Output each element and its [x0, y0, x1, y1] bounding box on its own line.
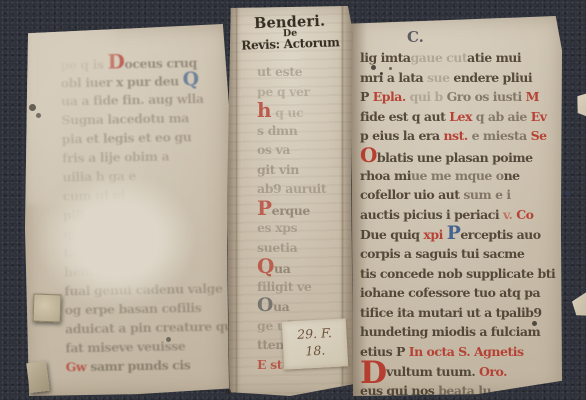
photo-of-manuscript: pe q is Doceus cruqobl iuer x pur deu Qu… [0, 0, 586, 400]
script-line: Perque [257, 199, 326, 219]
script-line: Dvultum tuum. Oro. [360, 362, 560, 382]
shelfmark-line2: 18. [283, 341, 348, 359]
script-line: p eius la era nst. e miesta Se [360, 126, 560, 146]
script-line: ut este [257, 62, 326, 82]
left-cover-page: pe q is Doceus cruqobl iuer x pur deu Qu… [25, 24, 229, 396]
script-line: os va [257, 140, 326, 160]
script-line: auctis picius i periaci v. Co [360, 205, 560, 225]
script-line: Oua [257, 296, 326, 316]
fold-crease [235, 6, 238, 396]
script-line: hundeting miodis a fulciam [360, 322, 560, 342]
script-line: s dmn [257, 121, 326, 141]
script-line: es xps [257, 218, 326, 238]
parchment-binding: pe q is Doceus cruqobl iuer x pur deu Qu… [25, 6, 562, 398]
script-line: Due quiq xpi Perceptis auo [360, 224, 560, 244]
spine-title: Benderi. De Revis: Actorum [226, 12, 353, 53]
left-edge-clasp-tab [26, 361, 50, 393]
spine-title-line3: Revis: Actorum [227, 35, 353, 53]
right-cover-page: C. lig imtagaue cutatie muimri a lata su… [351, 16, 562, 396]
ink-stain-specks [25, 6, 28, 9]
script-line: lig imtagaue cutatie mui [360, 48, 560, 68]
left-edge-clasp-tab [33, 294, 62, 323]
script-line: etius P In octa S. Agnetis [360, 342, 560, 362]
shelfmark-line1: 29. F. [282, 324, 347, 342]
script-line: P Epla. qui b Gro os iusti M [360, 87, 560, 107]
script-line: rhoa miue me mque one [360, 166, 560, 186]
script-line: tis concede nob supplicate bti [360, 264, 560, 284]
script-line: Qua [257, 257, 326, 277]
script-line: tifice ita mutari ut a tpalib9 [360, 303, 560, 323]
script-line: git vin [257, 160, 326, 180]
script-line: mri a lata sue endere pliui [360, 68, 560, 88]
blank-margin-area [25, 24, 115, 204]
script-line: eus qui nos beata lu [360, 381, 560, 400]
script-line: fide est q aut Lex q ab aie Ev [360, 107, 560, 127]
right-edge-torn-tab [571, 289, 586, 320]
script-line: cofellor uio aut sum e i [360, 185, 560, 205]
right-edge-torn-tab [574, 87, 586, 122]
spine-panel: Benderi. De Revis: Actorum ut estepe q v… [227, 6, 353, 396]
script-line: Gw samr punds cis [65, 355, 229, 377]
script-line: iohane cofessore tuo atq pa [360, 283, 560, 303]
top-ink-mark: C. [407, 28, 424, 46]
shelfmark-label: 29. F. 18. [282, 318, 348, 369]
script-line: Oblatis une plasan poime [360, 146, 560, 166]
script-line: corpis a saguis tui sacme [360, 244, 560, 264]
script-line: h q uc [257, 101, 326, 121]
right-page-text: lig imtagaue cutatie muimri a lata sue e… [360, 48, 560, 400]
